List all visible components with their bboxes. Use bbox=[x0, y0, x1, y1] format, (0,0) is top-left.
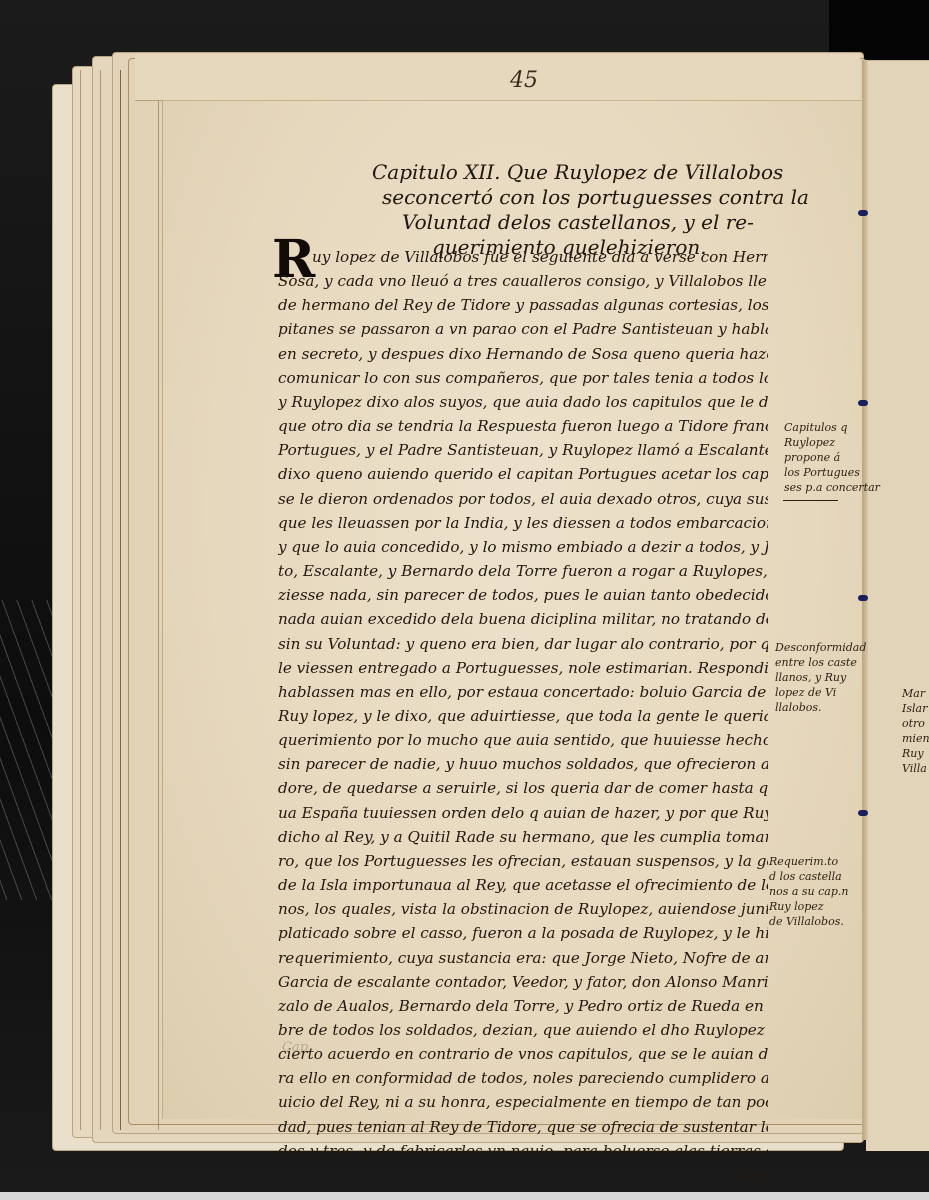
margin-note-line: Requerim.to bbox=[769, 854, 848, 869]
text-line: comunicar lo con sus compañeros, que por… bbox=[278, 366, 768, 390]
text-line: que otro dia se tendria la Respuesta fue… bbox=[278, 414, 768, 438]
text-line: sin parecer de nadie, y huuo muchos sold… bbox=[278, 752, 768, 776]
binding-stitch bbox=[858, 810, 868, 816]
margin-note-line: entre los caste bbox=[775, 655, 866, 670]
text-line: pitanes se passaron a vn parao con el Pa… bbox=[278, 317, 768, 341]
text-line: ra ello en conformidad de todos, noles p… bbox=[278, 1066, 768, 1090]
bottom-strip bbox=[0, 1192, 929, 1200]
binding-stitch bbox=[858, 595, 868, 601]
margin-note-capitulos: Capitulos q Ruylopez propone á los Portu… bbox=[784, 420, 880, 495]
text-line: y que lo auia concedido, y lo mismo embi… bbox=[278, 535, 768, 559]
margin-note-facing-page: Mar Islar otro mien Ruy Villa bbox=[902, 686, 929, 776]
text-line: que les lleuassen por la India, y les di… bbox=[278, 511, 768, 535]
sheet-edge bbox=[100, 70, 101, 1130]
chapter-title-line: Voluntad delos castellanos, y el re- bbox=[372, 210, 772, 235]
text-line: de la Isla importunaua al Rey, que aceta… bbox=[278, 873, 768, 897]
margin-note-line: nos a su cap.n bbox=[769, 884, 848, 899]
text-line: to, Escalante, y Bernardo dela Torre fue… bbox=[278, 559, 768, 583]
text-line: querimiento por lo mucho que auia sentid… bbox=[278, 728, 768, 752]
sheet-edge bbox=[158, 70, 159, 1130]
text-line: ziesse nada, sin parecer de todos, pues … bbox=[278, 583, 768, 607]
text-line: y Ruylopez dixo alos suyos, que auia dad… bbox=[278, 390, 768, 414]
margin-note-line: Ruy lopez bbox=[769, 899, 848, 914]
chapter-title-line: seconcertó con los portuguesses contra l… bbox=[372, 185, 772, 210]
text-line: sin su Voluntad: y queno era bien, dar l… bbox=[278, 632, 768, 656]
margin-note-desconformidad: Desconformidad entre los caste llanos, y… bbox=[775, 640, 866, 715]
text-line: nos, los quales, vista la obstinacion de… bbox=[278, 897, 768, 921]
margin-note-line: llalobos. bbox=[775, 700, 866, 715]
margin-note-requerimiento: Requerim.to d los castella nos a su cap.… bbox=[769, 854, 848, 929]
text-line: nada auian excedido dela buena diciplina… bbox=[278, 607, 768, 631]
margin-note-line: mien bbox=[902, 731, 929, 746]
binding-stitch bbox=[858, 400, 868, 406]
margin-note-line: de Villalobos. bbox=[769, 914, 848, 929]
text-line: uy lopez de Villalobos fue el seguiente … bbox=[278, 245, 768, 269]
text-line: se le dieron ordenados por todos, el aui… bbox=[278, 487, 768, 511]
text-line: Portugues, y el Padre Santisteuan, y Ruy… bbox=[278, 438, 768, 462]
text-line: de hermano del Rey de Tidore y passadas … bbox=[278, 293, 768, 317]
margin-note-line: Ruy bbox=[902, 746, 929, 761]
text-line: le viessen entregado a Portuguesses, nol… bbox=[278, 656, 768, 680]
margin-note-line: Capitulos q bbox=[784, 420, 880, 435]
margin-note-line: d los castella bbox=[769, 869, 848, 884]
text-line: bre de todos los soldados, dezian, que a… bbox=[278, 1018, 768, 1042]
text-line: dos y tres, y de fabricarles vn nauio, p… bbox=[278, 1139, 768, 1163]
sheet-edge bbox=[120, 70, 121, 1130]
margin-note-line: otro bbox=[902, 716, 929, 731]
margin-note-line: ses p.a concertar bbox=[784, 480, 880, 495]
margin-note-line: propone á bbox=[784, 450, 880, 465]
margin-note-line: Desconformidad bbox=[775, 640, 866, 655]
text-line: ro, que los Portuguesses les ofrecian, e… bbox=[278, 849, 768, 873]
binding-stitch bbox=[858, 210, 868, 216]
text-line: dixo queno auiendo querido el capitan Po… bbox=[278, 462, 768, 486]
text-line: hablassen mas en ello, por estaua concer… bbox=[278, 680, 768, 704]
text-line: dore, de quedarse a seruirle, si los que… bbox=[278, 776, 768, 800]
margin-note-line: Ruylopez bbox=[784, 435, 880, 450]
bleed-through-mark: Cap. bbox=[282, 1040, 312, 1055]
text-line: Garcia de escalante contador, Veedor, y … bbox=[278, 970, 768, 994]
margin-note-line: Villa bbox=[902, 761, 929, 776]
text-line: platicado sobre el casso, fueron a la po… bbox=[278, 921, 768, 945]
margin-flourish bbox=[783, 500, 838, 501]
catchword-line: Rey, bbox=[278, 1163, 768, 1187]
margin-note-line: llanos, y Ruy bbox=[775, 670, 866, 685]
margin-note-line: los Portugues bbox=[784, 465, 880, 480]
margin-note-line: Islar bbox=[902, 701, 929, 716]
folio-number: 45 bbox=[510, 68, 538, 93]
text-line: uicio del Rey, ni a su honra, especialme… bbox=[278, 1090, 768, 1114]
chapter-title-line: Capitulo XII. Que Ruylopez de Villalobos bbox=[372, 160, 772, 185]
text-line: dicho al Rey, y a Quitil Rade su hermano… bbox=[278, 825, 768, 849]
sheet-edge bbox=[80, 70, 81, 1130]
margin-note-line: lopez de Vi bbox=[775, 685, 866, 700]
body-text: uy lopez de Villalobos fue el seguiente … bbox=[278, 245, 768, 1187]
text-line: cierto acuerdo en contrario de vnos capi… bbox=[278, 1042, 768, 1066]
text-line: ua España tuuiessen orden delo q auian d… bbox=[278, 801, 768, 825]
text-line: dad, pues tenian al Rey de Tidore, que s… bbox=[278, 1115, 768, 1139]
paper-fibers bbox=[0, 600, 60, 900]
text-line: Ruy lopez, y le dixo, que aduirtiesse, q… bbox=[278, 704, 768, 728]
text-line: en secreto, y despues dixo Hernando de S… bbox=[278, 342, 768, 366]
text-line: Sosa, y cada vno lleuó a tres caualleros… bbox=[278, 269, 768, 293]
text-line: requerimiento, cuya sustancia era: que J… bbox=[278, 946, 768, 970]
margin-note-line: Mar bbox=[902, 686, 929, 701]
text-line: zalo de Aualos, Bernardo dela Torre, y P… bbox=[278, 994, 768, 1018]
folded-top-strip bbox=[135, 55, 860, 101]
facing-page bbox=[866, 60, 929, 1151]
